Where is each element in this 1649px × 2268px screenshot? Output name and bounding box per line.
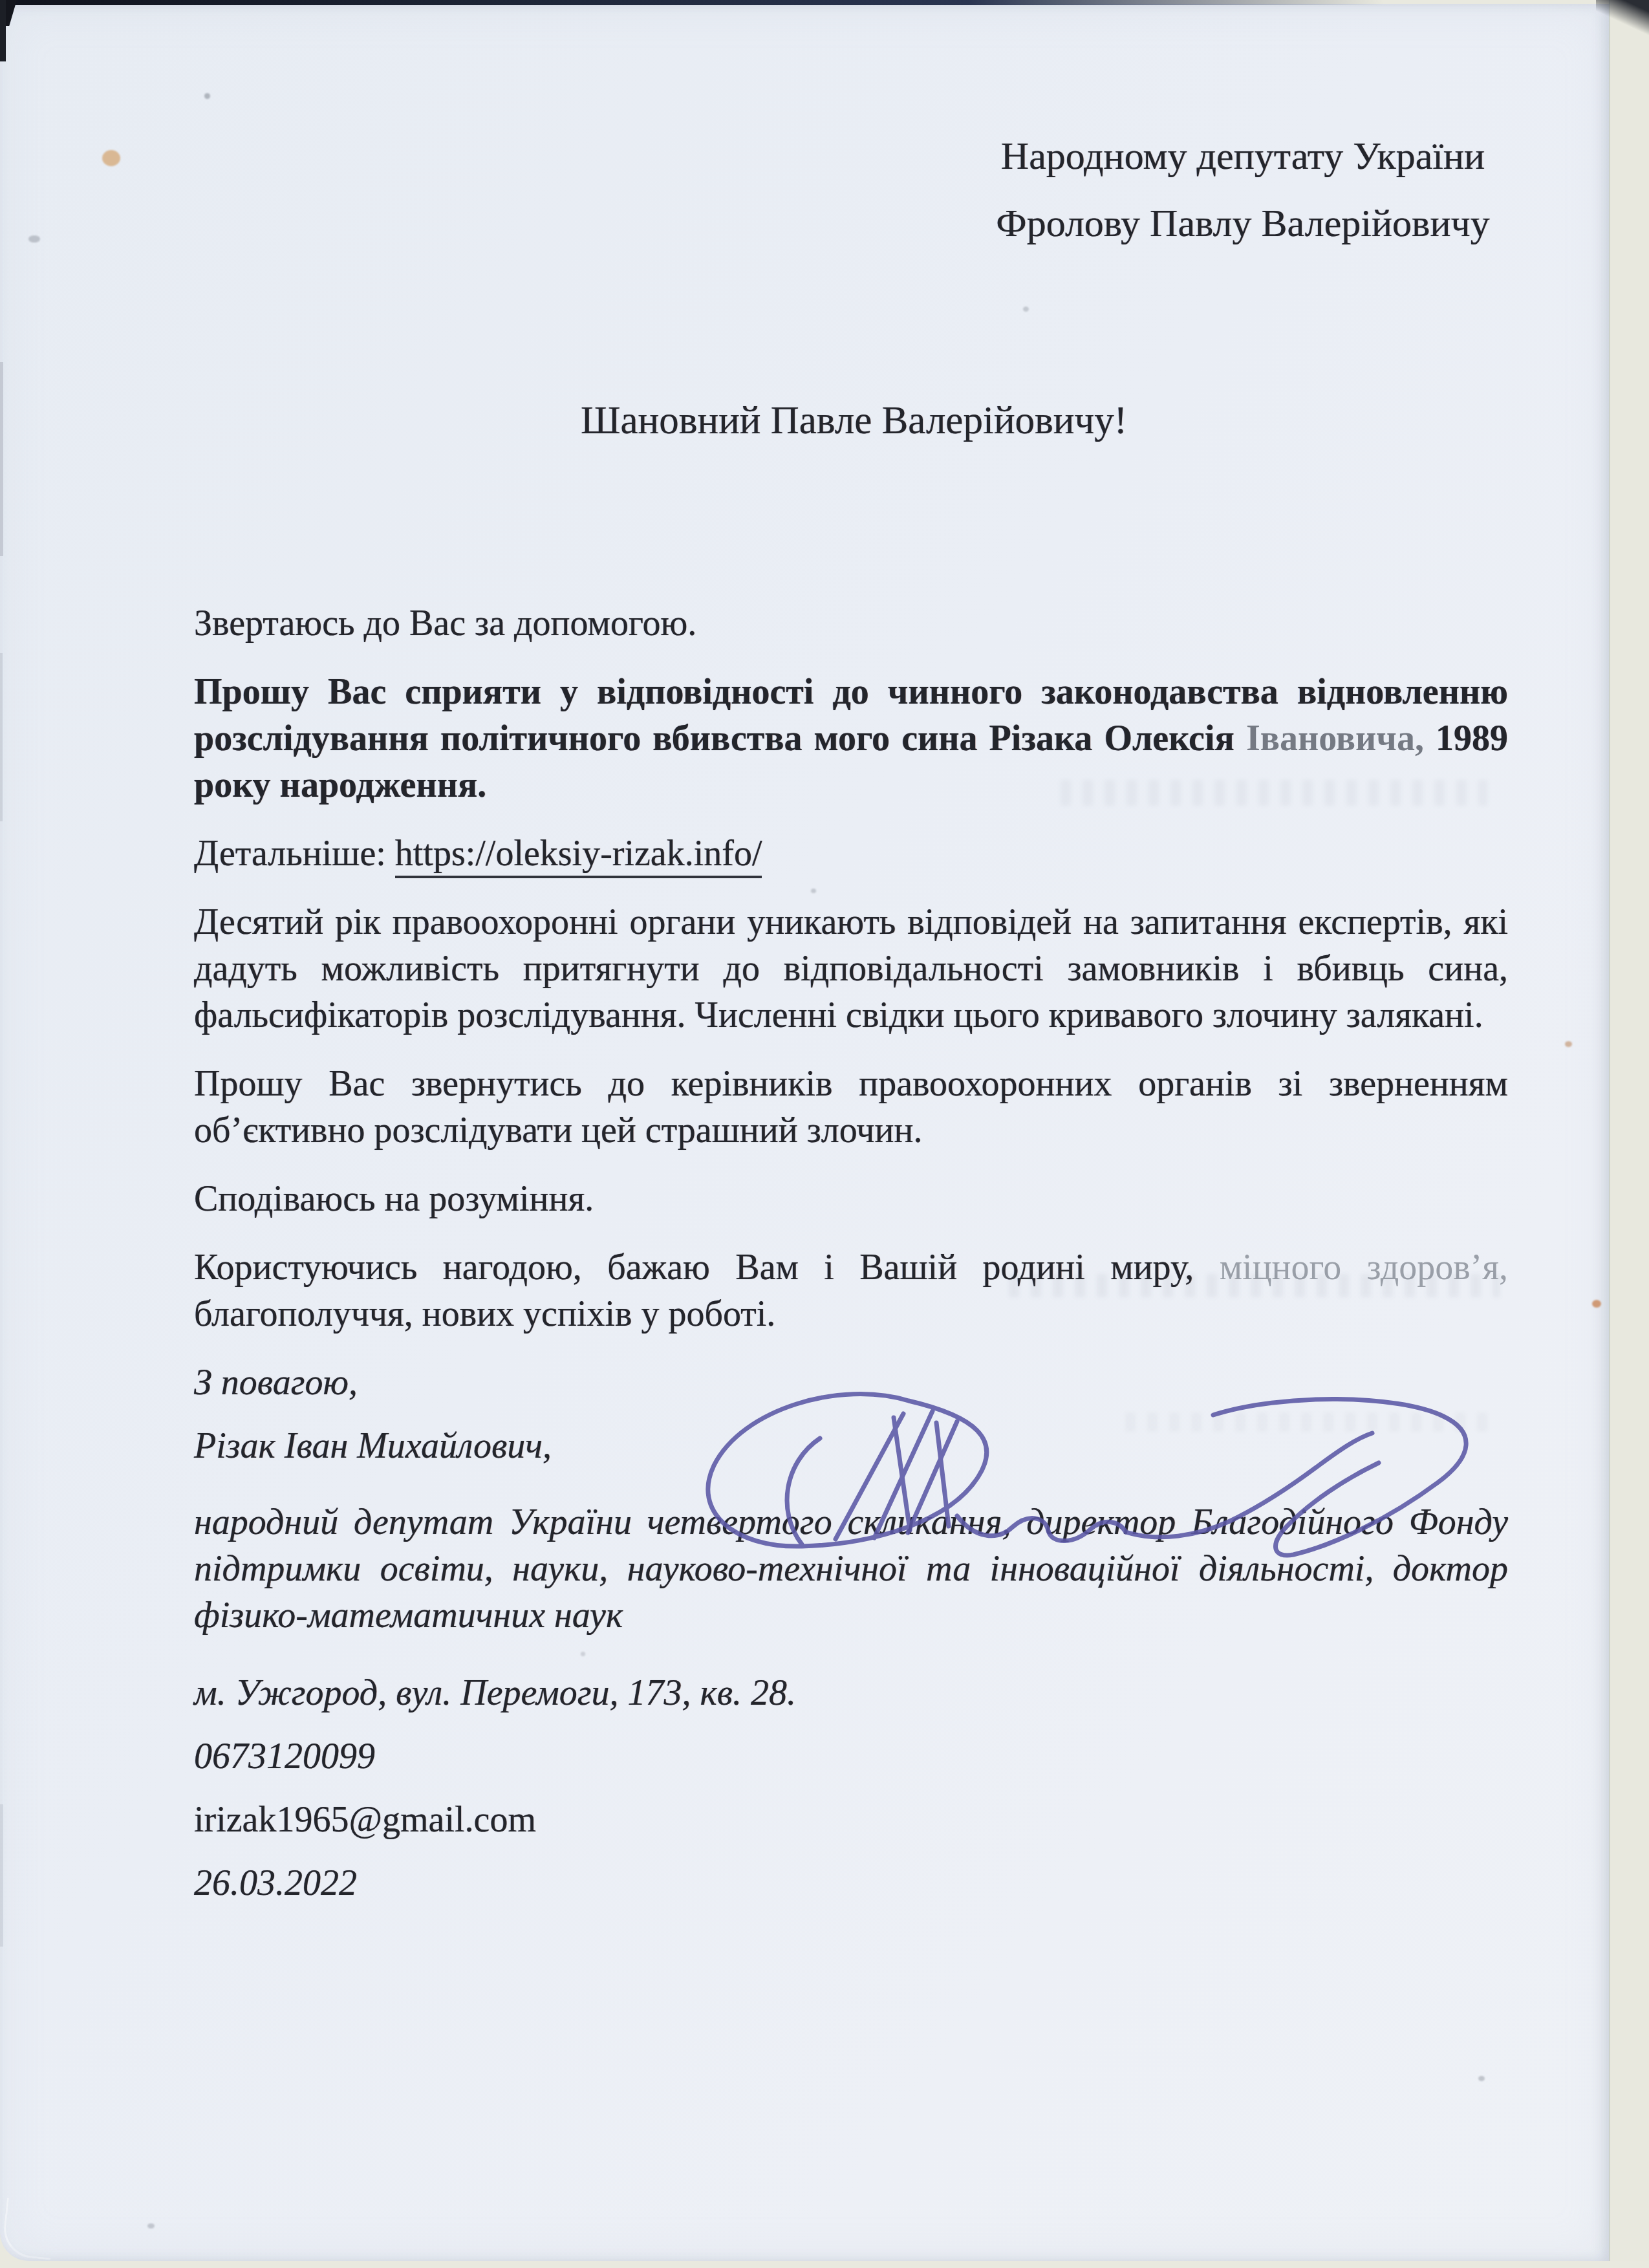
paper-stain xyxy=(102,150,120,166)
bleed-through-smudge xyxy=(1061,780,1487,806)
paper-speck xyxy=(147,2223,155,2229)
scanned-letter-screenshot: Народному депутату України Фролову Павлу… xyxy=(0,0,1649,2268)
bleed-through-smudge xyxy=(1009,1274,1500,1297)
salutation: Шановний Павле Валерійовичу! xyxy=(581,395,1127,447)
wishes-tail-text: благополуччя, нових успіхів у роботі. xyxy=(194,1294,775,1334)
sender-date: 26.03.2022 xyxy=(194,1860,1508,1906)
scanner-background-bottom xyxy=(0,2261,1649,2268)
bleed-through-smudge xyxy=(1125,1412,1487,1432)
paragraph-details: Детальніше: https://oleksiy-rizak.info/ xyxy=(194,830,1508,877)
paper-speck xyxy=(204,93,210,99)
paper-speck xyxy=(1565,1041,1572,1047)
paper-speck xyxy=(1592,1300,1601,1308)
handwritten-signature xyxy=(679,1376,1500,1577)
paper-speck xyxy=(1023,307,1029,312)
sender-email: irizak1965@gmail.com xyxy=(194,1797,1508,1843)
details-label: Детальніше: xyxy=(194,834,395,874)
paper-corner-crease xyxy=(1,2198,57,2260)
recipient-line-2: Фролову Павлу Валерійовичу xyxy=(936,189,1550,257)
recipient-block: Народному депутату України Фролову Павлу… xyxy=(936,122,1550,257)
request-faded-text: Івановича, xyxy=(1246,718,1424,759)
paragraph-intro: Звертаюсь до Вас за допомогою. xyxy=(194,600,1508,647)
paper-speck xyxy=(28,235,40,243)
letter-page: Народному депутату України Фролову Павлу… xyxy=(0,4,1609,2261)
scanner-background-right xyxy=(1609,0,1649,2268)
details-link: https://oleksiy-rizak.info/ xyxy=(395,834,762,878)
paper-speck xyxy=(1478,2076,1485,2081)
paper-speck xyxy=(581,1652,585,1656)
paragraph-appeal: Прошу Вас звернутись до керівників право… xyxy=(194,1061,1508,1154)
paragraph-tenth-year: Десятий рік правоохоронні органи уникают… xyxy=(194,899,1508,1039)
recipient-line-1: Народному депутату України xyxy=(936,122,1550,189)
paragraph-hope: Сподіваюсь на розуміння. xyxy=(194,1176,1508,1222)
paper-speck xyxy=(811,889,816,893)
sender-address: м. Ужгород, вул. Перемоги, 173, кв. 28. xyxy=(194,1670,1508,1716)
sender-phone: 0673120099 xyxy=(194,1733,1508,1780)
